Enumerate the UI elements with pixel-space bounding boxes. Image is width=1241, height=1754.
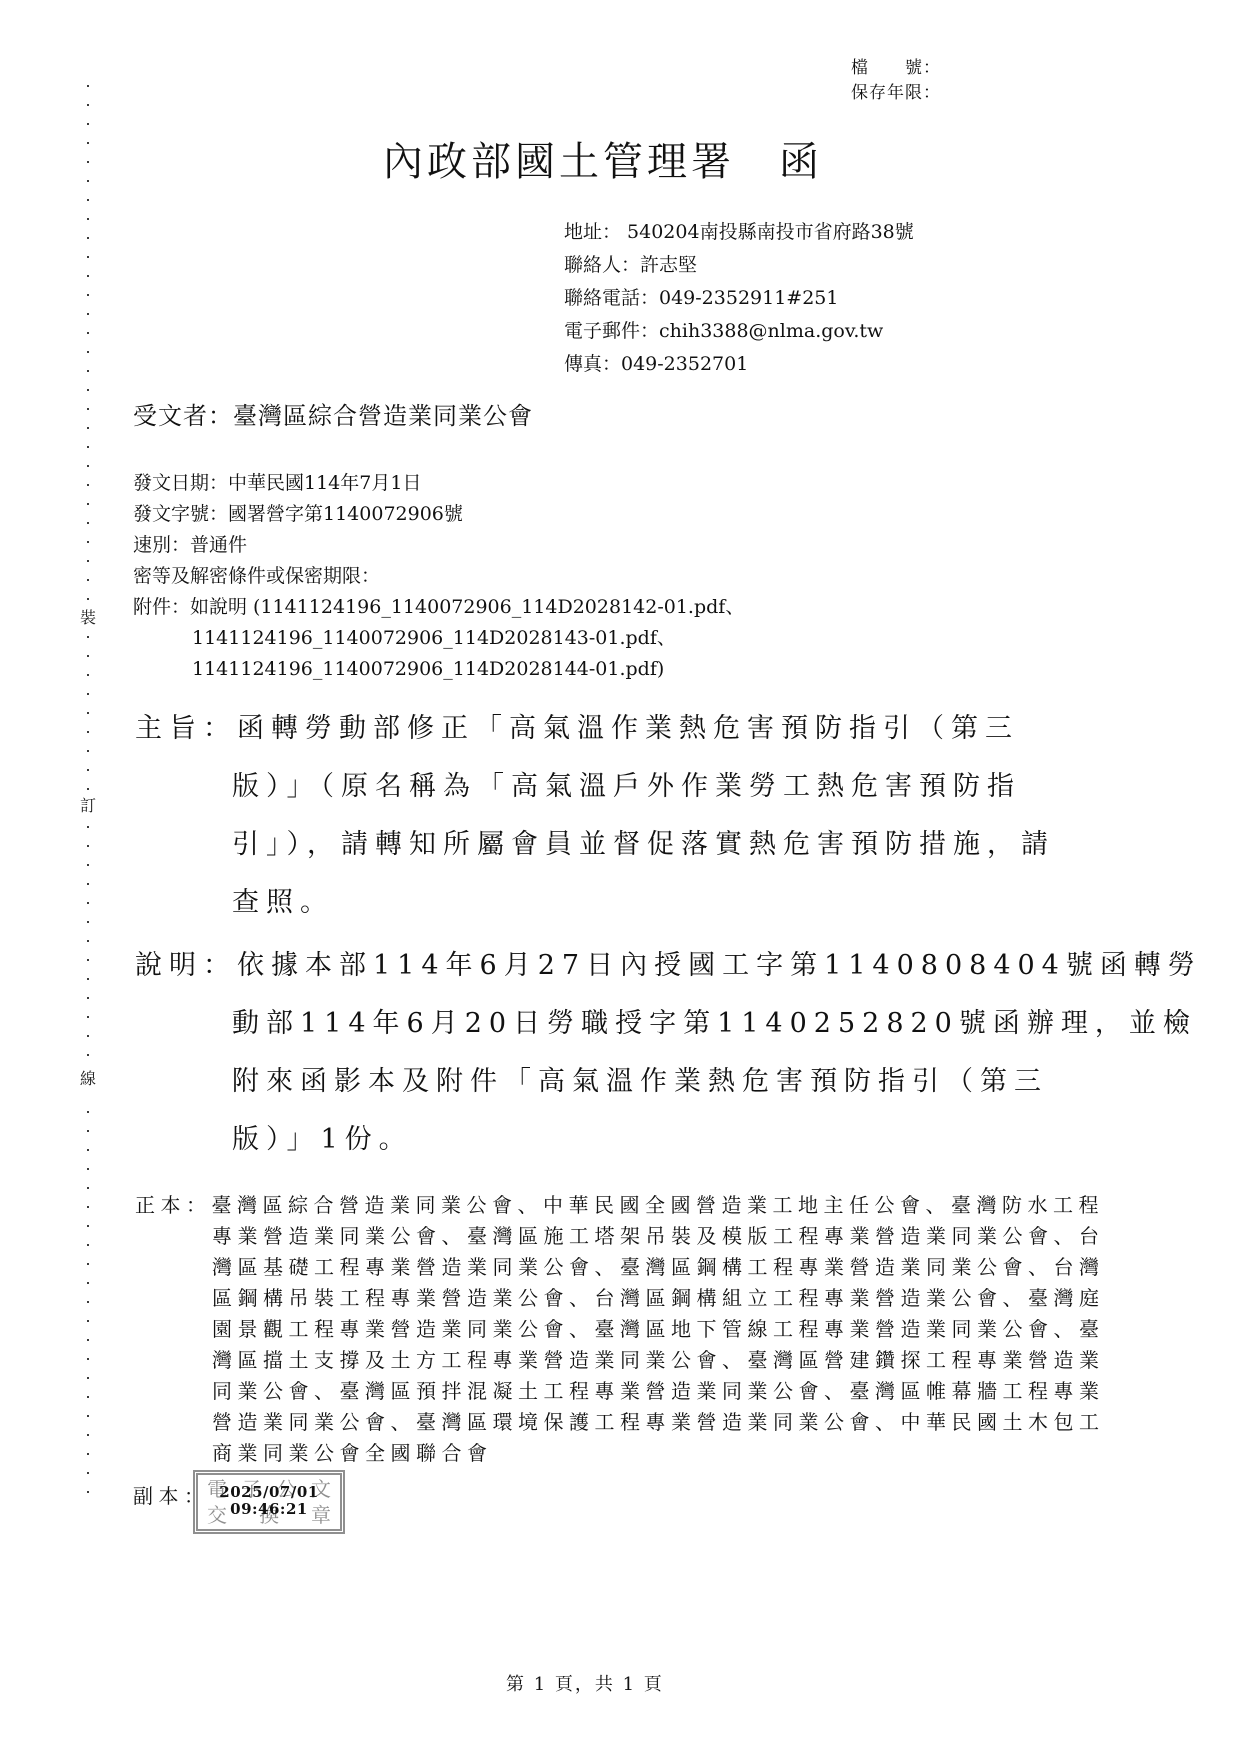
meta-line: 發文日期：中華民國114年7月1日 (133, 468, 744, 499)
original-recipient-line: 園景觀工程專業營造業同業公會、臺灣區地下管線工程專業營造業同業公會、臺 (212, 1314, 1105, 1345)
meta-block: 發文日期：中華民國114年7月1日發文字號：國署營字第1140072906號速別… (133, 468, 744, 623)
page-number: 第 1 頁，共 1 頁 (506, 1670, 664, 1696)
binding-mark-ding: 訂 (78, 790, 98, 822)
description-line: 說明：依據本部114年6月27日內授國工字第1140808404號函轉勞 (135, 937, 1202, 995)
binding-mark-zhuang: 裝 (78, 602, 98, 634)
original-recipient-line: 商業同業公會全國聯合會 (212, 1438, 1105, 1469)
original-recipient-line: 灣區基礎工程專業營造業同業公會、臺灣區鋼構工程專業營造業同業公會、台灣 (212, 1252, 1105, 1283)
description-line: 動部114年6月20日勞職授字第1140252820號函辦理，並檢 (232, 995, 1202, 1053)
meta-line: 發文字號：國署營字第1140072906號 (133, 499, 744, 530)
original-recipient-line: 正本：臺灣區綜合營造業同業公會、中華民國全國營造業工地主任公會、臺灣防水工程 (135, 1190, 1105, 1221)
sender-contact-line: 聯絡人：許志堅 (564, 249, 914, 282)
subject-line: 主旨：函轉勞動部修正「高氣溫作業熱危害預防指引（第三 (135, 700, 1055, 758)
stamp-date: 2025/07/01 (198, 1484, 340, 1501)
stamp-time: 09:46:21 (198, 1501, 340, 1518)
subject-block: 主旨：函轉勞動部修正「高氣溫作業熱危害預防指引（第三版）」（原名稱為「高氣溫戶外… (135, 700, 1055, 932)
original-recipient-line: 灣區擋土支撐及土方工程專業營造業同業公會、臺灣區營建鑽探工程專業營造業 (212, 1345, 1105, 1376)
attachment-continuation-block: 1141124196_1140072906_114D2028143-01.pdf… (192, 623, 676, 685)
description-block: 說明：依據本部114年6月27日內授國工字第1140808404號函轉勞動部11… (135, 937, 1202, 1169)
electronic-exchange-stamp: 電子公文 交換章 2025/07/01 09:46:21 (193, 1470, 345, 1534)
sender-contact-line: 電子郵件：chih3388@nlma.gov.tw (564, 315, 914, 348)
sender-contact-block: 地址： 540204南投縣南投市省府路38號聯絡人：許志堅聯絡電話：049-23… (564, 216, 914, 381)
subject-line: 查照。 (232, 874, 1055, 932)
original-recipients-block: 正本：臺灣區綜合營造業同業公會、中華民國全國營造業工地主任公會、臺灣防水工程專業… (135, 1190, 1105, 1469)
description-line: 附來函影本及附件「高氣溫作業熱危害預防指引（第三 (232, 1053, 1202, 1111)
subject-line: 引」），請轉知所屬會員並督促落實熱危害預防措施，請 (232, 816, 1055, 874)
retention-period-label: 保存年限： (851, 81, 941, 106)
attachment-filename-line: 1141124196_1140072906_114D2028143-01.pdf… (192, 623, 676, 654)
meta-line: 附件：如說明 (1141124196_1140072906_114D202814… (133, 592, 744, 623)
sender-contact-line: 傳真：049-2352701 (564, 348, 914, 381)
description-line: 版）」1份。 (232, 1111, 1202, 1169)
meta-line: 密等及解密條件或保密期限： (133, 561, 744, 592)
subject-line: 版）」（原名稱為「高氣溫戶外作業勞工熱危害預防指 (232, 758, 1055, 816)
original-recipient-line: 同業公會、臺灣區預拌混凝土工程專業營造業同業公會、臺灣區帷幕牆工程專業 (212, 1376, 1105, 1407)
meta-line: 速別：普通件 (133, 530, 744, 561)
recipient-line: 受文者：臺灣區綜合營造業同業公會 (133, 396, 533, 431)
attachment-filename-line: 1141124196_1140072906_114D2028144-01.pdf… (192, 654, 676, 685)
sender-contact-line: 聯絡電話：049-2352911#251 (564, 282, 914, 315)
document-page: 裝 訂 線 檔 號： 保存年限： 內政部國土管理署 函 地址： 540204南投… (0, 0, 1241, 1754)
sender-contact-line: 地址： 540204南投縣南投市省府路38號 (564, 216, 914, 249)
original-recipient-line: 專業營造業同業公會、臺灣區施工塔架吊裝及模版工程專業營造業同業公會、台 (212, 1221, 1105, 1252)
original-recipient-line: 區鋼構吊裝工程專業營造業公會、台灣區鋼構組立工程專業營造業公會、臺灣庭 (212, 1283, 1105, 1314)
file-number-label: 檔 號： (851, 56, 941, 81)
stamp-timestamp: 2025/07/01 09:46:21 (198, 1484, 340, 1518)
binding-mark-xian: 線 (78, 1063, 98, 1095)
original-recipient-line: 營造業同業公會、臺灣區環境保護工程專業營造業同業公會、中華民國土木包工 (212, 1407, 1105, 1438)
document-title: 內政部國土管理署 函 (383, 130, 823, 187)
file-number-block: 檔 號： 保存年限： (851, 56, 941, 106)
